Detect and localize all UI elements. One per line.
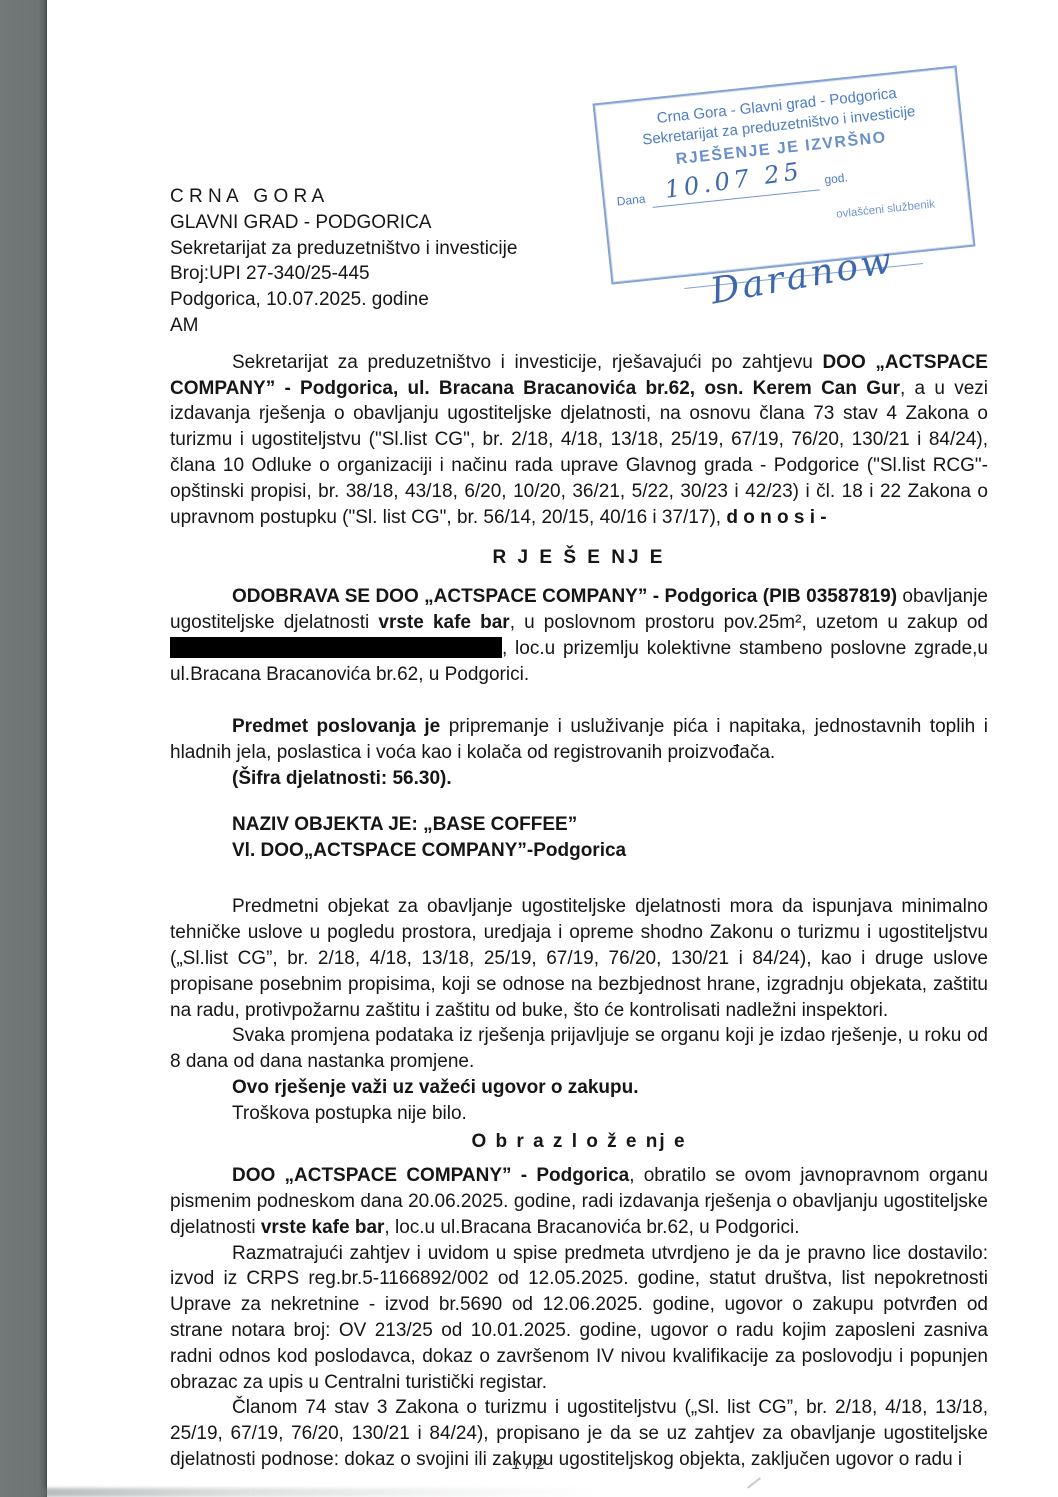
scan-smudge xyxy=(40,1488,600,1497)
scanned-document-page: Crna Gora - Glavni grad - Podgorica Sekr… xyxy=(0,0,1058,1497)
header-line: GLAVNI GRAD - PODGORICA xyxy=(170,210,988,236)
line-naziv-2: Vl. DOO„ACTSPACE COMPANY”-Podgorica xyxy=(170,838,988,864)
para-predmet: Predmet poslovanja je pripremanje i uslu… xyxy=(170,714,988,766)
para-predmetni: Predmetni objekat za obavljanje ugostite… xyxy=(170,894,988,1023)
document-content: C R N A G O R AGLAVNI GRAD - PODGORICASe… xyxy=(170,184,988,1473)
para-odobrava: ODOBRAVA SE DOO „ACTSPACE COMPANY” - Pod… xyxy=(170,584,988,687)
para-razmatrajuci: Razmatrajući zahtjev i uvidom u spise pr… xyxy=(170,1241,988,1396)
para-intro: Sekretarijat za preduzetništvo i investi… xyxy=(170,350,988,531)
line-sifra: (Šifra djelatnosti: 56.30). xyxy=(170,766,988,792)
header-line: Broj:UPI 27-340/25-445 xyxy=(170,261,988,287)
heading-rjesenje: R J E Š E NJ E xyxy=(170,545,988,571)
header-line: Podgorica, 10.07.2025. godine xyxy=(170,287,988,313)
para-doo: DOO „ACTSPACE COMPANY” - Podgorica, obra… xyxy=(170,1163,988,1240)
line-naziv-1: NAZIV OBJEKTA JE: „BASE COFFEE” xyxy=(170,812,988,838)
header-line: Sekretarijat za preduzetništvo i investi… xyxy=(170,236,988,262)
header-line: C R N A G O R A xyxy=(170,184,988,210)
para-svaka: Svaka promjena podataka iz rješenja prij… xyxy=(170,1023,988,1075)
scan-edge-band xyxy=(0,0,47,1497)
scan-artifact xyxy=(747,1477,761,1488)
document-header: C R N A G O R AGLAVNI GRAD - PODGORICASe… xyxy=(170,184,988,339)
page-number: 1 / 2 xyxy=(0,1456,1058,1473)
document-body: Sekretarijat za preduzetništvo i investi… xyxy=(170,350,988,1473)
heading-obrazlozenje: O b r a z l o ž e nj e xyxy=(170,1129,988,1155)
line-ovo: Ovo rješenje važi uz važeći ugovor o zak… xyxy=(170,1075,988,1101)
line-troskova: Troškova postupka nije bilo. xyxy=(170,1101,988,1127)
redaction-box xyxy=(170,637,502,658)
header-line: AM xyxy=(170,313,988,339)
